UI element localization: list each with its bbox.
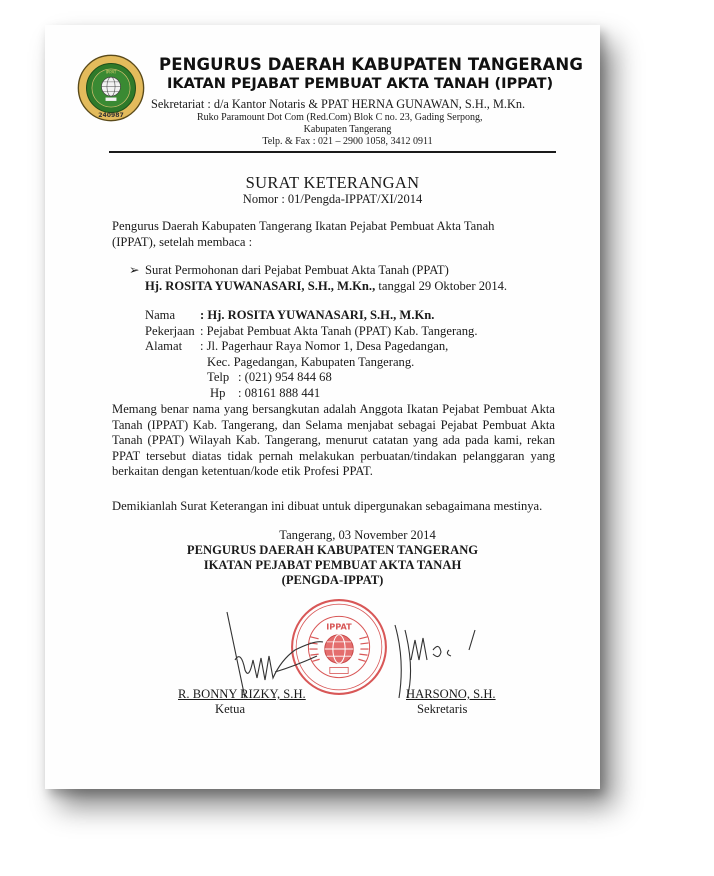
signatory2-name: HARSONO, S.H. <box>406 687 496 702</box>
signatory2-role: Sekretaris <box>417 702 467 717</box>
intro-paragraph: Pengurus Daerah Kabupaten Tangerang Ikat… <box>112 219 532 250</box>
place-date: Tangerang, 03 November 2014 <box>45 528 600 543</box>
signing-org-line2: IKATAN PEJABAT PEMBUAT AKTA TANAH <box>45 558 600 573</box>
svg-text:IPPAT: IPPAT <box>106 70 117 75</box>
letterhead-address-line2: Kabupaten Tangerang <box>45 124 600 135</box>
arrow-bullet-icon: ➢ <box>129 263 145 279</box>
svg-text:240987: 240987 <box>98 112 124 119</box>
document-title: SURAT KETERANGAN <box>45 173 600 193</box>
letterhead-title: PENGURUS DAERAH KABUPATEN TANGERANG <box>159 55 583 74</box>
letterhead-subtitle: IKATAN PEJABAT PEMBUAT AKTA TANAH (IPPAT… <box>167 76 553 92</box>
statement-paragraph: Memang benar nama yang bersangkutan adal… <box>112 402 555 480</box>
document-page: 240987 IPPAT PENGURUS DAERAH KABUPATEN T… <box>45 25 600 789</box>
document-number: Nomor : 01/Pengda-IPPAT/XI/2014 <box>45 192 600 207</box>
signing-org-line1: PENGURUS DAERAH KABUPATEN TANGERANG <box>45 543 600 558</box>
member-details: Nama: Hj. ROSITA YUWANASARI, S.H., M.Kn.… <box>145 308 477 401</box>
letterhead-secretariat: Sekretariat : d/a Kantor Notaris & PPAT … <box>151 97 525 112</box>
ippat-logo-icon: 240987 IPPAT <box>77 54 145 122</box>
letterhead-divider <box>109 151 556 153</box>
letterhead-phone: Telp. & Fax : 021 – 2900 1058, 3412 0911 <box>45 136 600 147</box>
reference-bullet: ➢Surat Permohonan dari Pejabat Pembuat A… <box>129 263 549 294</box>
signatory1-name: R. BONNY RIZKY, S.H. <box>178 687 306 702</box>
closing-sentence: Demikianlah Surat Keterangan ini dibuat … <box>112 499 562 514</box>
signatory1-role: Ketua <box>215 702 245 717</box>
signing-org-line3: (PENGDA-IPPAT) <box>45 573 600 588</box>
svg-text:IPPAT: IPPAT <box>326 622 352 632</box>
letterhead-address-line1: Ruko Paramount Dot Com (Red.Com) Blok C … <box>197 112 483 123</box>
